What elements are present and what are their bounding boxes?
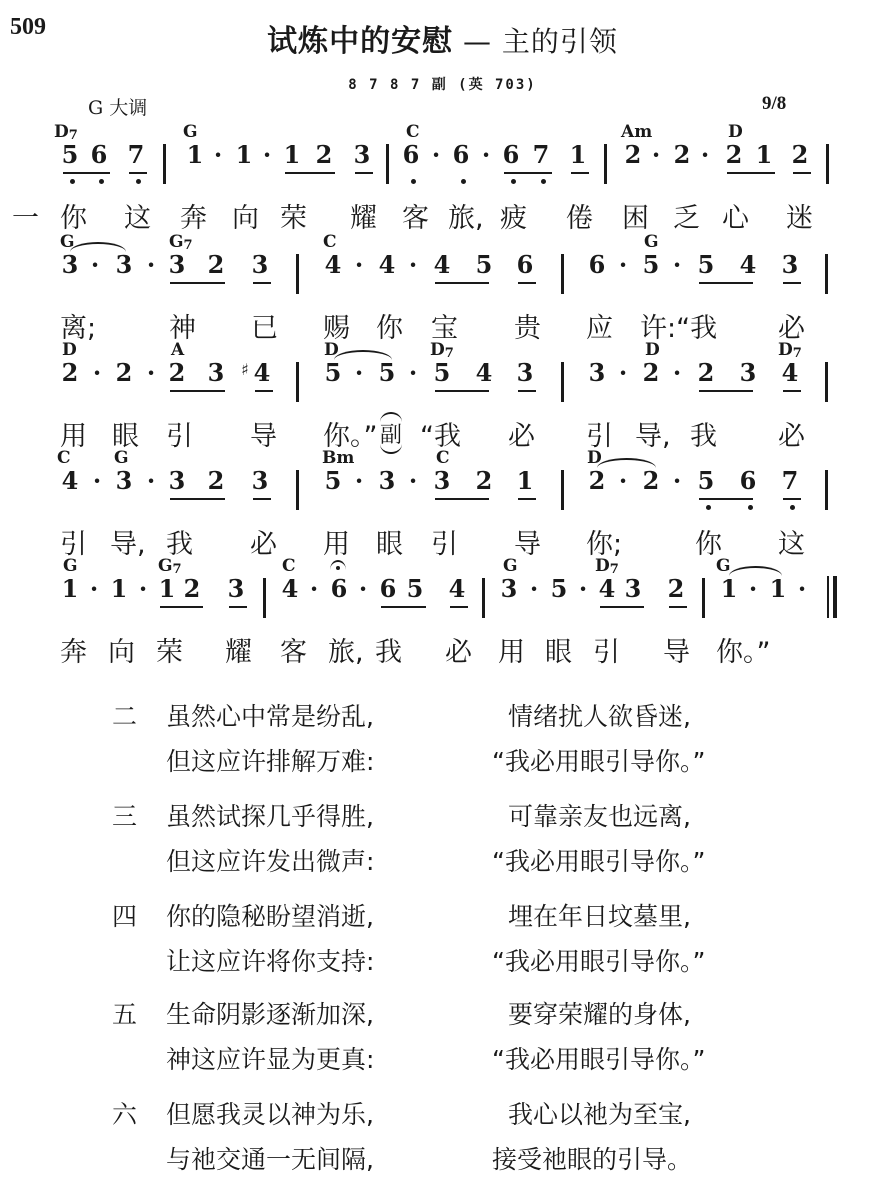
lyric-syllable: 奔	[180, 196, 207, 235]
note-number: 2	[697, 358, 715, 387]
duration-dot: ·	[144, 358, 158, 387]
note-number: 3	[251, 466, 269, 495]
note-number: 1	[235, 140, 253, 169]
verse-line: 但愿我灵以神为乐,	[166, 1095, 374, 1131]
lyric-syllable: 用	[323, 522, 350, 561]
chord-symbol: G	[644, 232, 659, 252]
note-number: 6	[90, 140, 108, 169]
note-number: 2	[61, 358, 79, 387]
note-number: 2	[673, 140, 691, 169]
note-number: 4	[598, 574, 616, 603]
title-dash: —	[453, 25, 502, 58]
lower-octave-dot	[706, 505, 711, 510]
lower-octave-dot	[136, 179, 141, 184]
note-number: 5	[406, 574, 424, 603]
note-number: 3	[61, 250, 79, 279]
beam-underline	[600, 606, 644, 608]
lyric-syllable: 客	[402, 196, 429, 235]
note-number: 5	[378, 358, 396, 387]
verse-line: 虽然试探几乎得胜,	[166, 797, 374, 833]
note-number: 1	[720, 574, 738, 603]
note-number: 3	[168, 466, 186, 495]
beam-underline	[355, 172, 373, 174]
note-number: 4	[475, 358, 493, 387]
fermata-dot	[336, 566, 340, 570]
note-number: 7	[781, 466, 799, 495]
barline	[296, 254, 299, 294]
lyric-syllable: 向	[108, 630, 135, 669]
beam-underline	[450, 606, 468, 608]
verse-line: “我必用眼引导你。”	[492, 1040, 705, 1076]
key-label: G 大调	[88, 93, 147, 120]
duration-dot: ·	[144, 466, 158, 495]
verse-line: 虽然心中常是纷乱,	[166, 697, 374, 733]
verse-line: 接受祂眼的引导。	[492, 1140, 692, 1176]
note-number: 1	[158, 574, 176, 603]
lyric-syllable: 奔	[60, 630, 87, 669]
time-signature: 9/8	[762, 93, 786, 115]
note-number: 2	[725, 140, 743, 169]
note-number: 4	[378, 250, 396, 279]
note-number: 2	[207, 466, 225, 495]
note-number: 3	[739, 358, 757, 387]
barline	[825, 362, 828, 402]
note-number: 4	[253, 358, 271, 387]
chord-symbol: C	[323, 232, 337, 252]
lyric-syllable: 心	[722, 196, 749, 235]
verse-line: 你的隐秘盼望消逝,	[166, 897, 374, 933]
note-number: 3	[168, 250, 186, 279]
lyric-syllable: 导,	[635, 414, 671, 453]
lyric-syllable: 一	[12, 196, 39, 235]
note-number: 5	[433, 358, 451, 387]
lyric-syllable: 必	[778, 414, 805, 453]
duration-dot: ·	[352, 250, 366, 279]
beam-underline	[229, 606, 247, 608]
duration-dot: ·	[90, 466, 104, 495]
beam-underline	[699, 498, 753, 500]
verse-number: 三	[112, 797, 137, 833]
title-sub: 主的引领	[502, 25, 618, 58]
lower-octave-dot	[790, 505, 795, 510]
title-main: 试炼中的安慰	[267, 24, 453, 59]
beam-underline	[253, 498, 271, 500]
duration-dot: ·	[356, 574, 370, 603]
note-number: 6	[379, 574, 397, 603]
lyric-syllable: 贵	[514, 306, 541, 345]
beam-underline	[699, 390, 753, 392]
duration-dot: ·	[88, 250, 102, 279]
chord-symbol: D	[645, 340, 660, 360]
note-number: 1	[569, 140, 587, 169]
duration-dot: ·	[795, 574, 809, 603]
verse-line: 情绪扰人欲昏迷,	[508, 697, 691, 733]
chord-symbol: D	[728, 122, 743, 142]
beam-underline	[253, 282, 271, 284]
lyric-syllable: 客	[280, 630, 307, 669]
duration-dot: ·	[649, 140, 663, 169]
duration-dot: ·	[527, 574, 541, 603]
lyric-syllable: 你	[60, 196, 87, 235]
note-number: 5	[642, 250, 660, 279]
chord-symbol: D7	[54, 122, 78, 142]
lower-octave-dot	[541, 179, 546, 184]
note-number: 3	[353, 140, 371, 169]
note-number: 1	[769, 574, 787, 603]
barline	[482, 578, 485, 618]
beam-underline	[435, 282, 489, 284]
chord-symbol: G7	[169, 232, 193, 252]
meter-label: 8 7 8 7 副 (英 703)	[0, 74, 885, 94]
barline	[561, 254, 564, 294]
beam-underline	[518, 498, 536, 500]
note-number: 2	[642, 358, 660, 387]
chord-symbol: G	[716, 556, 731, 576]
note-number: 3	[115, 466, 133, 495]
lyric-syllable: 导	[663, 630, 690, 669]
lyric-syllable: 这	[124, 196, 151, 235]
note-number: 3	[433, 466, 451, 495]
note-number: 4	[61, 466, 79, 495]
verse-line: 我心以祂为至宝,	[508, 1095, 691, 1131]
tie-slur	[70, 242, 126, 252]
verse-number: 二	[112, 697, 137, 733]
note-number: 5	[697, 250, 715, 279]
duration-dot: ·	[670, 358, 684, 387]
lower-octave-dot	[748, 505, 753, 510]
beam-underline	[518, 282, 536, 284]
lyric-syllable: 应	[586, 306, 613, 345]
lyric-syllable: 导,	[110, 522, 146, 561]
note-number: 1	[283, 140, 301, 169]
lyric-syllable: 导	[514, 522, 541, 561]
duration-dot: ·	[260, 140, 274, 169]
verse-line: 让这应许将你支持:	[166, 942, 374, 978]
beam-underline	[435, 498, 489, 500]
lyric-syllable: 荣	[280, 196, 307, 235]
lower-octave-dot	[99, 179, 104, 184]
duration-dot: ·	[87, 574, 101, 603]
beam-underline	[255, 390, 273, 392]
lyric-syllable: 旅,	[448, 196, 484, 235]
note-number: 4	[281, 574, 299, 603]
beam-underline	[783, 498, 801, 500]
note-number: 1	[110, 574, 128, 603]
chord-symbol: C	[282, 556, 296, 576]
sharp-sign: ♯	[241, 360, 249, 379]
note-number: 2	[315, 140, 333, 169]
chord-symbol: C	[436, 448, 450, 468]
note-number: 3	[378, 466, 396, 495]
lyric-syllable: 引	[166, 414, 193, 453]
duration-dot: ·	[616, 358, 630, 387]
refrain-bracket-bottom	[380, 444, 402, 454]
lyric-syllable: 耀	[225, 630, 252, 669]
note-number: 1	[755, 140, 773, 169]
duration-dot: ·	[479, 140, 493, 169]
lyric-syllable: 引	[593, 630, 620, 669]
note-number: 1	[516, 466, 534, 495]
duration-dot: ·	[406, 358, 420, 387]
note-number: 6	[588, 250, 606, 279]
note-number: 2	[588, 466, 606, 495]
lyric-syllable: 已	[251, 306, 278, 345]
chord-symbol: C	[57, 448, 71, 468]
duration-dot: ·	[616, 250, 630, 279]
note-number: 2	[667, 574, 685, 603]
chord-symbol: G	[183, 122, 198, 142]
note-number: 5	[324, 466, 342, 495]
duration-dot: ·	[670, 250, 684, 279]
note-number: 4	[324, 250, 342, 279]
note-number: 3	[115, 250, 133, 279]
duration-dot: ·	[211, 140, 225, 169]
duration-dot: ·	[429, 140, 443, 169]
beam-underline	[63, 172, 110, 174]
note-number: 1	[186, 140, 204, 169]
beam-underline	[170, 498, 225, 500]
note-number: 2	[115, 358, 133, 387]
note-number: 5	[61, 140, 79, 169]
note-number: 5	[697, 466, 715, 495]
note-number: 2	[183, 574, 201, 603]
verse-line: 埋在年日坟墓里,	[508, 897, 691, 933]
lyric-syllable: 迷	[786, 196, 813, 235]
lyric-syllable: 眼	[545, 630, 572, 669]
beam-underline	[129, 172, 147, 174]
lower-octave-dot	[461, 179, 466, 184]
note-number: 6	[739, 466, 757, 495]
barline	[296, 470, 299, 510]
lyric-syllable: 乏	[673, 196, 700, 235]
note-number: 2	[624, 140, 642, 169]
beam-underline	[783, 282, 801, 284]
beam-underline	[170, 390, 225, 392]
verse-line: 但这应许发出微声:	[166, 842, 374, 878]
barline	[296, 362, 299, 402]
chord-symbol: D7	[778, 340, 802, 360]
lower-octave-dot	[411, 179, 416, 184]
lyric-syllable: 倦	[566, 196, 593, 235]
lower-octave-dot	[70, 179, 75, 184]
duration-dot: ·	[746, 574, 760, 603]
duration-dot: ·	[616, 466, 630, 495]
beam-underline	[669, 606, 687, 608]
note-number: 2	[207, 250, 225, 279]
beam-underline	[699, 282, 753, 284]
note-number: 4	[781, 358, 799, 387]
chord-symbol: Am	[621, 122, 652, 142]
note-number: 6	[502, 140, 520, 169]
beam-underline	[381, 606, 426, 608]
lyric-syllable: 导	[250, 414, 277, 453]
chord-symbol: G7	[158, 556, 182, 576]
duration-dot: ·	[576, 574, 590, 603]
lyric-syllable: 困	[622, 196, 649, 235]
lyric-syllable: 你。”	[716, 630, 771, 669]
note-number: 2	[475, 466, 493, 495]
beam-underline	[285, 172, 335, 174]
verse-line: 生命阴影逐渐加深,	[166, 995, 374, 1031]
duration-dot: ·	[90, 358, 104, 387]
final-barline-thick	[833, 576, 837, 618]
beam-underline	[727, 172, 775, 174]
verse-number: 六	[112, 1095, 137, 1131]
barline	[702, 578, 705, 618]
note-number: 3	[207, 358, 225, 387]
note-number: 1	[61, 574, 79, 603]
note-number: 6	[516, 250, 534, 279]
lyric-syllable: 眼	[376, 522, 403, 561]
lyric-syllable: 必	[508, 414, 535, 453]
beam-underline	[783, 390, 801, 392]
chord-symbol: D7	[430, 340, 454, 360]
verse-line: 神这应许显为更真:	[166, 1040, 374, 1076]
tie-slur	[597, 458, 656, 468]
lyric-syllable: 荣	[156, 630, 183, 669]
chord-symbol: G	[63, 556, 78, 576]
chord-symbol: G	[503, 556, 518, 576]
verse-line: 与祂交通一无间隔,	[166, 1140, 374, 1176]
duration-dot: ·	[406, 466, 420, 495]
beam-underline	[160, 606, 203, 608]
lyric-syllable: 向	[232, 196, 259, 235]
barline	[561, 470, 564, 510]
lyric-syllable: 用	[498, 630, 525, 669]
note-number: 6	[452, 140, 470, 169]
barline	[825, 254, 828, 294]
final-barline-thin	[827, 576, 829, 618]
barline	[561, 362, 564, 402]
lyric-syllable: 我	[690, 414, 717, 453]
barline	[386, 144, 389, 184]
tie-slur	[334, 350, 392, 360]
duration-dot: ·	[307, 574, 321, 603]
lyric-syllable: 这	[778, 522, 805, 561]
chord-symbol: G	[114, 448, 129, 468]
note-number: 6	[402, 140, 420, 169]
lyric-syllable: 你	[376, 306, 403, 345]
duration-dot: ·	[670, 466, 684, 495]
chord-symbol: D7	[595, 556, 619, 576]
duration-dot: ·	[144, 250, 158, 279]
beam-underline	[435, 390, 489, 392]
note-number: 3	[588, 358, 606, 387]
duration-dot: ·	[698, 140, 712, 169]
note-number: 2	[168, 358, 186, 387]
note-number: 3	[781, 250, 799, 279]
chord-symbol: A	[171, 340, 184, 360]
chord-symbol: Bm	[322, 448, 354, 468]
note-number: 4	[448, 574, 466, 603]
note-number: 6	[330, 574, 348, 603]
lyric-syllable: 疲	[500, 196, 527, 235]
barline	[263, 578, 266, 618]
verse-line: “我必用眼引导你。”	[492, 942, 705, 978]
barline	[163, 144, 166, 184]
chord-symbol: D	[62, 340, 77, 360]
duration-dot: ·	[406, 250, 420, 279]
page-title: 试炼中的安慰 — 主的引领	[0, 16, 885, 60]
note-number: 3	[624, 574, 642, 603]
lyric-syllable: 我	[375, 630, 402, 669]
note-number: 5	[475, 250, 493, 279]
tie-slur	[729, 566, 782, 576]
chord-symbol: C	[406, 122, 420, 142]
note-number: 7	[127, 140, 145, 169]
lyric-syllable: 耀	[350, 196, 377, 235]
note-number: 4	[433, 250, 451, 279]
barline	[604, 144, 607, 184]
verse-line: 要穿荣耀的身体,	[508, 995, 691, 1031]
note-number: 3	[516, 358, 534, 387]
verse-line: 但这应许排解万难:	[166, 742, 374, 778]
duration-dot: ·	[136, 574, 150, 603]
duration-dot: ·	[352, 466, 366, 495]
beam-underline	[518, 390, 536, 392]
note-number: 2	[791, 140, 809, 169]
verse-line: “我必用眼引导你。”	[492, 742, 705, 778]
verse-line: “我必用眼引导你。”	[492, 842, 705, 878]
lyric-syllable: 旅,	[328, 630, 364, 669]
verse-line: 可靠亲友也远离,	[508, 797, 691, 833]
lyric-syllable: 必	[445, 630, 472, 669]
note-number: 3	[251, 250, 269, 279]
verse-number: 五	[112, 995, 137, 1031]
beam-underline	[571, 172, 589, 174]
beam-underline	[504, 172, 552, 174]
lower-octave-dot	[511, 179, 516, 184]
barline	[826, 144, 829, 184]
note-number: 4	[739, 250, 757, 279]
note-number: 2	[642, 466, 660, 495]
note-number: 3	[227, 574, 245, 603]
note-number: 5	[550, 574, 568, 603]
lyric-syllable: 引	[431, 522, 458, 561]
beam-underline	[170, 282, 225, 284]
barline	[825, 470, 828, 510]
note-number: 7	[532, 140, 550, 169]
note-number: 5	[324, 358, 342, 387]
duration-dot: ·	[352, 358, 366, 387]
verse-number: 四	[112, 897, 137, 933]
note-number: 3	[500, 574, 518, 603]
beam-underline	[793, 172, 811, 174]
lyric-syllable: 必	[250, 522, 277, 561]
